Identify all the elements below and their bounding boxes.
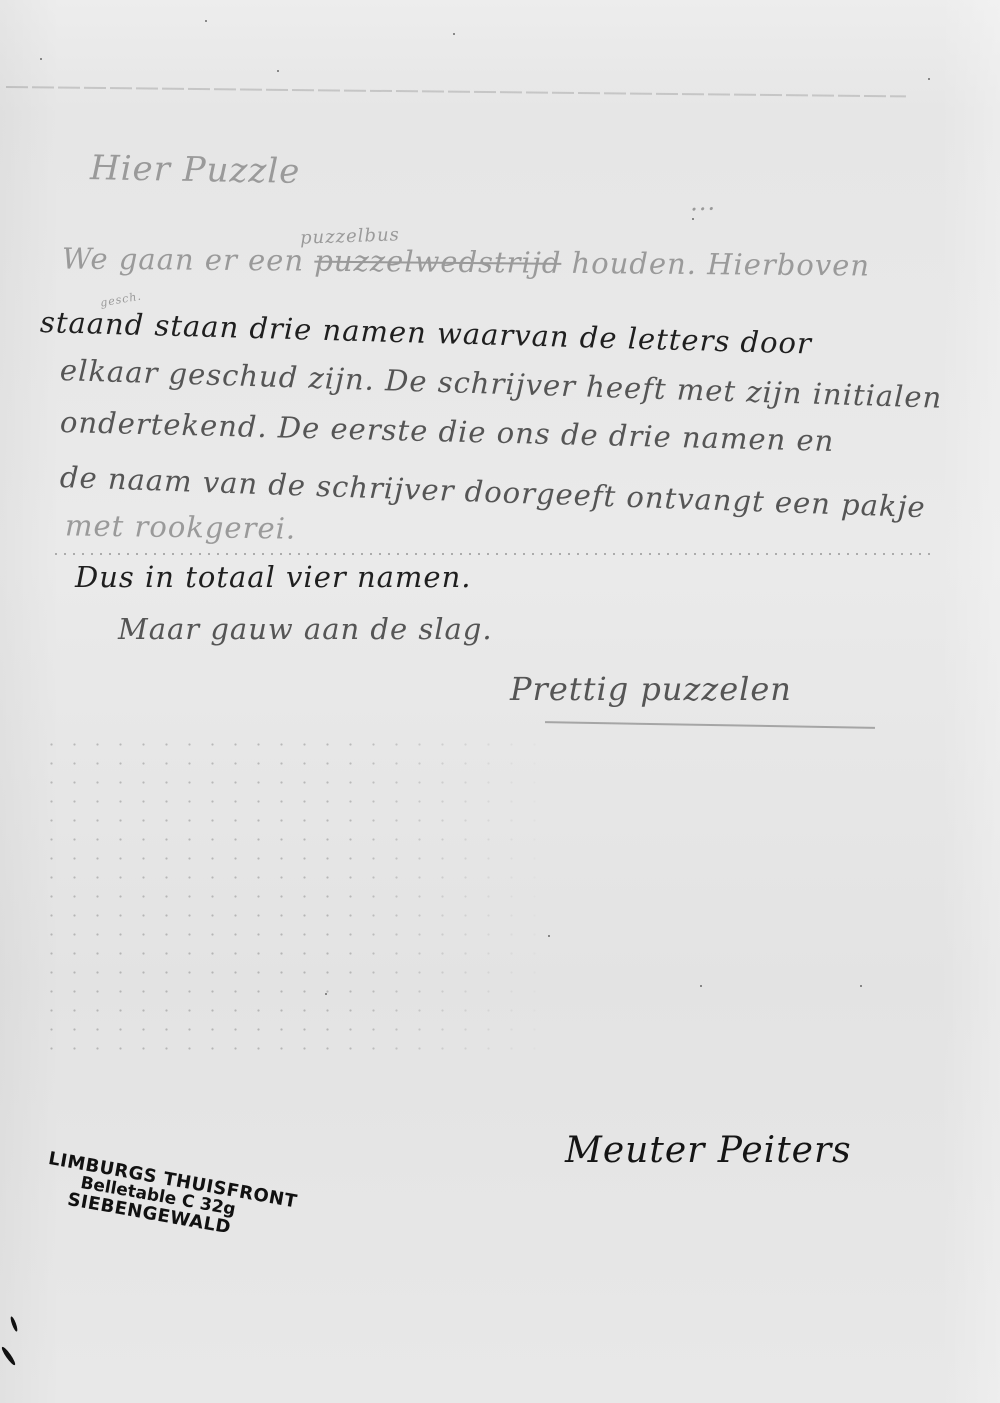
scan-speck: [277, 70, 279, 72]
line1-after: houden. Hierboven: [571, 246, 870, 283]
letter-line-6: met rookgerei.: [65, 508, 297, 545]
letter-line-3: elkaar geschud zijn. De schrijver heeft …: [59, 353, 942, 415]
scan-speck: [40, 58, 42, 60]
scan-speck: [325, 993, 327, 995]
letter-line-1: We gaan er een puzzelwedstrijd houden. H…: [62, 241, 870, 282]
closing-underline: [545, 721, 875, 729]
letter-greeting-sub: ...: [690, 188, 717, 217]
letter-greeting: Hier Puzzle: [90, 148, 301, 192]
signature: Meuter Peiters: [565, 1130, 852, 1171]
letter-line-8: Maar gauw aan de slag.: [118, 612, 493, 646]
punch-hole-mark: [0, 1346, 17, 1367]
dotted-line: [55, 553, 935, 555]
scan-noise: [40, 735, 900, 1055]
scanned-letter-page: Hier Puzzle ... puzzelbus We gaan er een…: [0, 0, 1000, 1403]
letter-line-4: ondertekend. De eerste die ons de drie n…: [60, 405, 835, 458]
scan-speck: [548, 935, 550, 937]
scan-speck: [453, 33, 455, 35]
rubber-stamp: LIMBURGS THUISFRONT Belletable C 32g SIE…: [40, 1150, 298, 1249]
scan-speck: [205, 20, 207, 22]
letter-closing: Prettig puzzelen: [510, 670, 792, 708]
scan-speck: [700, 985, 702, 987]
scan-speck: [860, 985, 862, 987]
punch-hole-mark: [9, 1316, 18, 1332]
scan-speck: [692, 218, 694, 220]
scan-speck: [928, 78, 930, 80]
letter-line-2: staand staan drie namen waarvan de lette…: [40, 305, 813, 361]
struck-word: puzzelwedstrijd: [314, 244, 561, 280]
letter-line-7: Dus in totaal vier namen.: [75, 560, 471, 594]
line1-before: We gaan er een: [62, 241, 304, 277]
ruled-header-line: [6, 86, 906, 97]
